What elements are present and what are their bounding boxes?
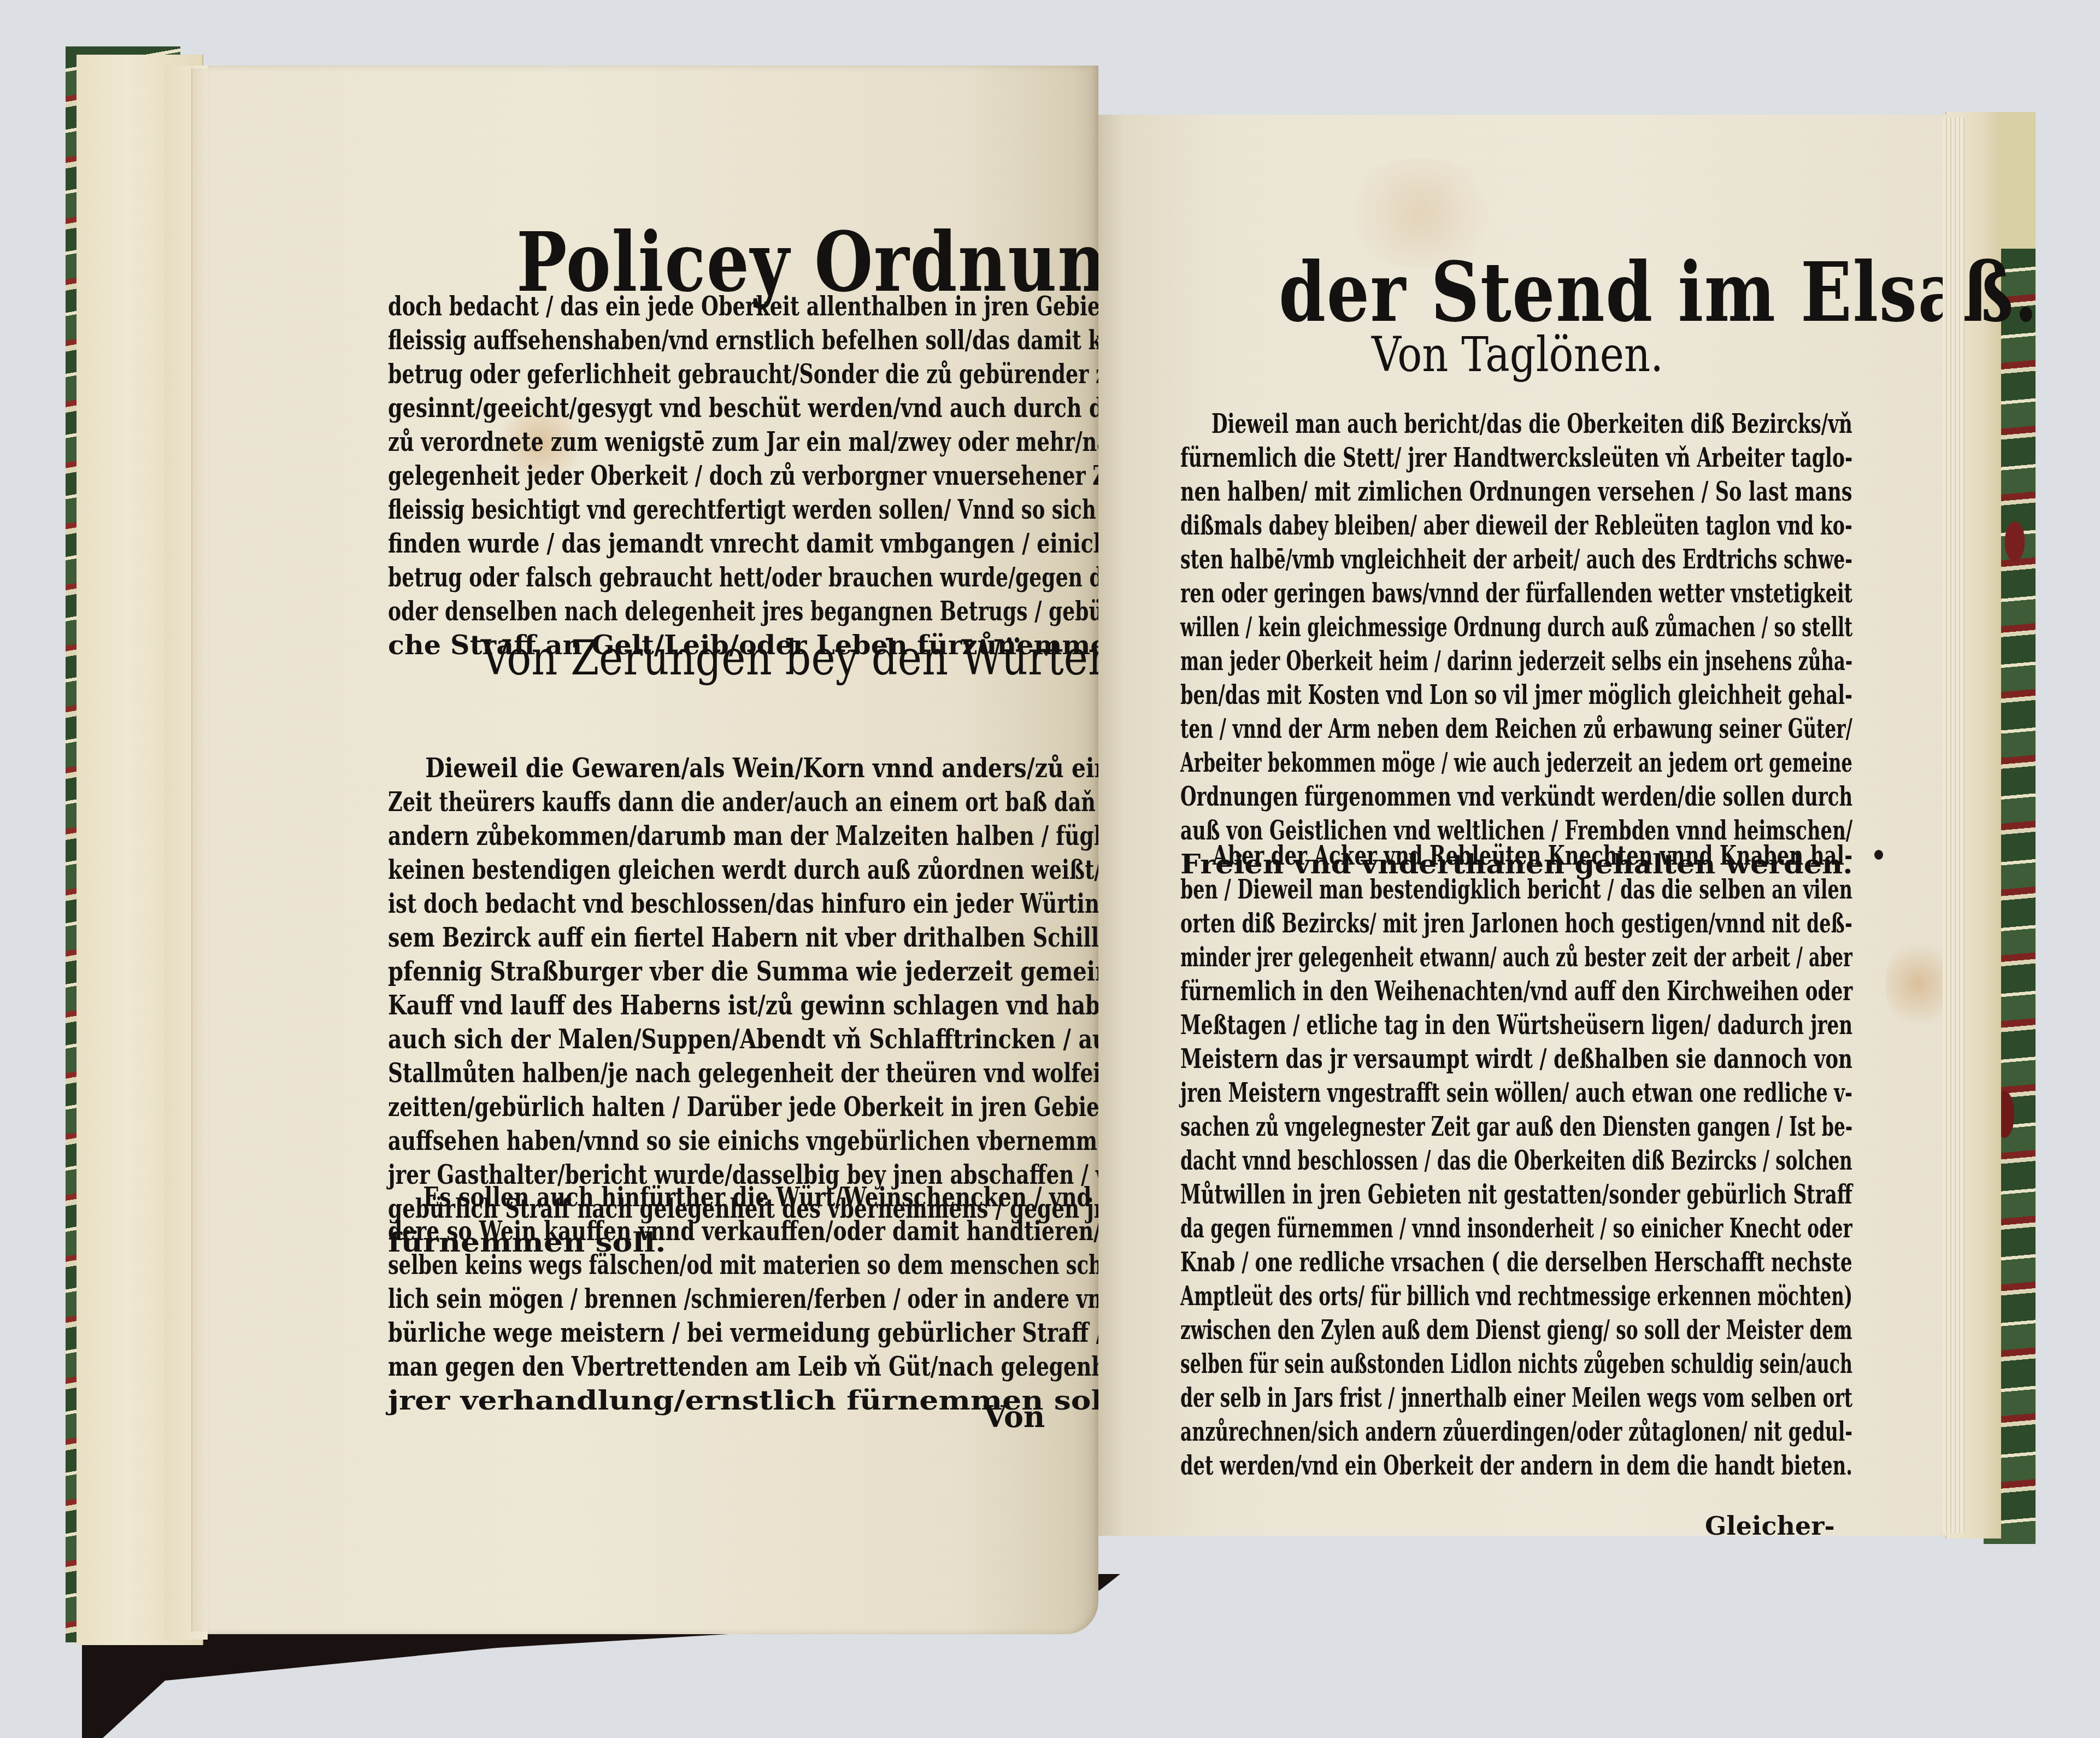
right-page[interactable]: der Stend im Elsaß. Von Taglönen. Diewei…	[1098, 115, 1951, 1536]
text-line: fürnemlich in den Weihenachten/vnd auff …	[1180, 974, 1659, 1008]
text-line: man gegen den Vbertrettenden am Leib vň …	[388, 1350, 974, 1384]
text-line: ren oder geringen baws/vnnd der fürfalle…	[1180, 577, 1648, 610]
section-heading-taglonen: Von Taglönen.	[1372, 331, 1663, 379]
text-line: minder jrer gelegenheit etwann/ auch zů …	[1180, 941, 1626, 974]
paragraph-3: Es sollen auch hinfürther die Würt/Weins…	[388, 1181, 1137, 1418]
text-line: oder denselben nach delegenheit jres beg…	[388, 595, 951, 629]
text-line: fürnemlich die Stett/ jrer Handtwercksle…	[1180, 441, 1663, 475]
text-line: dißmals dabey bleiben/ aber dieweil der …	[1180, 509, 1648, 543]
text-line: Dieweil die Gewaren/als Wein/Korn vnnd a…	[388, 751, 1026, 785]
text-line: betrug oder falsch gebraucht hett/oder b…	[388, 561, 952, 595]
text-line: Meistern das jr versaumpt wirdt / deßhal…	[1180, 1042, 1680, 1076]
text-line: Es sollen auch hinfürther die Würt/Weins…	[388, 1181, 991, 1214]
text-line: andern zůbekommen/darumb man der Malzeit…	[388, 819, 972, 853]
text-line: dacht vnnd beschlossen / das die Oberkei…	[1180, 1144, 1637, 1178]
text-line: sem Bezirck auff ein fiertel Habern nit …	[388, 921, 981, 955]
text-line: lich sein mögen / brennen /schmieren/fer…	[388, 1282, 952, 1316]
text-line: ben / Dieweil man bestendigklich bericht…	[1180, 873, 1648, 907]
running-title-right: der Stend im Elsaß.	[1279, 251, 2039, 333]
text-line: fleissig besichtigt vnd gerechtfertigt w…	[388, 493, 942, 527]
text-line: ist doch bedacht vnd beschlossen/das hin…	[388, 887, 966, 921]
text-line: Dieweil man auch bericht/das die Oberkei…	[1180, 407, 1658, 441]
section-heading-zerungen: Von Zerungen bey den Würten.	[481, 634, 1127, 682]
text-line: Můtwillen in jren Gebieten nit gestatten…	[1180, 1178, 1657, 1212]
text-line: auffsehen haben/vnnd so sie einichs vnge…	[388, 1124, 968, 1158]
text-line: Ordnungen fürgenommen vnd verkündt werde…	[1180, 780, 1656, 814]
text-line: selben keins wegs fälschen/od mit materi…	[388, 1248, 937, 1282]
text-line: zwischen den Zylen auß dem Dienst gieng/…	[1180, 1313, 1640, 1347]
text-line: Stallmůten halben/je nach gelegenheit de…	[388, 1056, 972, 1090]
text-line: zů verordnete zum wenigstē zum Jar ein m…	[388, 425, 962, 459]
text-line: betrug oder geferlichheit gebraucht/Sond…	[388, 357, 956, 391]
text-line: gesinnt/geeicht/gesygt vnd beschüt werde…	[388, 391, 982, 425]
text-line: man jeder Oberkeit heim / darinn jederze…	[1180, 644, 1633, 678]
text-line: fleissig auffsehenshaben/vnd ernstlich b…	[388, 324, 954, 357]
text-line: Kauff vnd lauff des Haberns ist/zů gewin…	[388, 989, 993, 1023]
text-line: gelegenheit jeder Oberkeit / doch zů ver…	[388, 459, 956, 493]
text-line: det werden/vnd ein Oberkeit der andern i…	[1180, 1449, 1651, 1483]
text-line: da gegen fürnemmen / vnnd insonderheit /…	[1180, 1212, 1636, 1246]
text-line: ben/das mit Kosten vnd Lon so vil jmer m…	[1180, 678, 1652, 712]
paragraph-5: Aber der Acker vnd Rebleüten Knechten vn…	[1180, 839, 1852, 1483]
text-line: Meßtagen / etliche tag in den Würtsheüse…	[1180, 1008, 1660, 1042]
text-line: sten halbē/vmb vngleichheit der arbeit/ …	[1180, 543, 1644, 577]
text-line: doch bedacht / das ein jede Oberkeit all…	[388, 290, 960, 324]
page-stack-right	[1943, 118, 1964, 1533]
text-line: willen / kein gleichmessige Ordnung durc…	[1180, 610, 1631, 644]
text-line: finden wurde / das jemandt vnrecht damit…	[388, 527, 979, 561]
text-line: Zeit theürers kauffs dann die ander/auch…	[388, 785, 958, 819]
left-page[interactable]: Policey Ordnung doch bedacht / das ein j…	[208, 66, 1098, 1634]
ink-dot	[1874, 850, 1883, 860]
text-line: Amptleüt des orts/ für billich vnd recht…	[1180, 1279, 1635, 1313]
paper-stain	[1885, 935, 1951, 1033]
text-line: Aber der Acker vnd Rebleüten Knechten vn…	[1180, 839, 1679, 873]
text-line: Arbeiter bekommen möge / wie auch jederz…	[1180, 746, 1628, 780]
text-line: pfennig Straßburger vber die Summa wie j…	[388, 955, 1014, 989]
text-line: zeitten/gebürlich halten / Darüber jede …	[388, 1090, 972, 1124]
text-line: sachen zů vngelegnester Zeit gar auß den…	[1180, 1110, 1634, 1144]
text-line: keinen bestendigen gleichen werdt durch …	[388, 853, 966, 887]
catchword-right: Gleicher-	[1705, 1511, 1835, 1541]
text-line: auch sich der Malen/Suppen/Abendt vň Sch…	[388, 1023, 1003, 1056]
text-line: Knab / one redliche vrsachen ( die derse…	[1180, 1246, 1657, 1279]
text-line: anzůrechnen/sich andern zůuerdingen/oder…	[1180, 1415, 1642, 1449]
text-line: ten / vnnd der Arm neben dem Reichen zů …	[1180, 712, 1643, 746]
text-line: bürliche wege meistern / bei vermeidung …	[388, 1316, 986, 1350]
text-line: nen halben/ mit zimlichen Ordnungen vers…	[1180, 475, 1673, 509]
text-line: selben für sein außstonden Lidlon nichts…	[1180, 1347, 1623, 1381]
paragraph-4: Dieweil man auch bericht/das die Oberkei…	[1180, 407, 1852, 882]
catchword-left: Von	[984, 1399, 1045, 1434]
text-line: der selb in Jars frist / jnnerthalb eine…	[1180, 1381, 1641, 1415]
text-line: dere so Wein kauffen vnnd verkauffen/ode…	[388, 1214, 976, 1248]
text-line: orten diß Bezircks/ mit jren Jarlonen ho…	[1180, 907, 1648, 941]
text-line: jren Meistern vngestrafft sein wöllen/ a…	[1180, 1076, 1652, 1110]
paragraph-1: doch bedacht / das ein jede Oberkeit all…	[388, 290, 1137, 662]
